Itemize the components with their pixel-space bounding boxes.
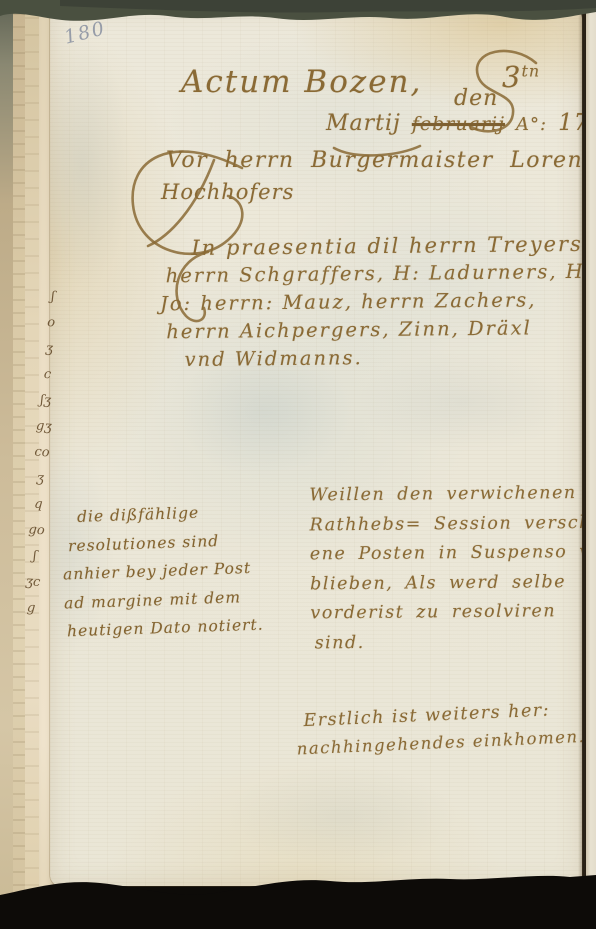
manuscript-line: o: [34, 309, 68, 337]
next-page-edge: [586, 4, 596, 886]
day-suffix: tn: [521, 61, 540, 80]
manuscript-line: Rathhebs= Session verschid=: [309, 508, 582, 540]
heading-date-line: Martij februarij A°: 1712: [326, 110, 582, 136]
manuscript-line: co: [25, 439, 59, 467]
black-backdrop: [0, 849, 596, 929]
manuscript-line: In praesentia dil herrn Treyers: [191, 230, 582, 262]
manuscript-line: ʃʒ: [29, 387, 63, 415]
resolution-paragraph: Weillen den verwichenenRathhebs= Session…: [309, 479, 582, 659]
manuscript-line: g: [14, 595, 48, 623]
manuscript-line: c: [31, 361, 65, 389]
day-number: 3: [502, 60, 521, 94]
book-top-edge: [0, 0, 596, 34]
anno-abbreviation: A°:: [516, 114, 547, 135]
manuscript-line: herrn Schgraffers, H: Ladurners, H:: [166, 258, 582, 290]
closing-paragraph: Erstlich ist weiters her:nachhingehendes…: [303, 696, 582, 762]
manuscript-line: ʒ: [32, 335, 66, 363]
manuscript-page: 180 Actum Bozen, den 3tn Martij februari…: [50, 6, 582, 886]
manuscript-line: q: [22, 491, 56, 519]
heading-actum: Actum Bozen,: [181, 64, 422, 100]
heading-day: 3tn: [502, 60, 540, 94]
margin-note-paragraph: die dißfähligeresolutiones sindanhier be…: [61, 497, 265, 646]
presider-line: Vor herrn Burgermaister Lorenzen: [166, 148, 582, 173]
manuscript-line: vnd Widmanns.: [184, 342, 582, 374]
manuscript-line: ʒc: [16, 569, 50, 597]
presence-paragraph: In praesentia dil herrn Treyersherrn Sch…: [165, 230, 582, 374]
manuscript-line: vorderist zu resolviren: [310, 597, 582, 629]
manuscript-line: gʒ: [27, 413, 61, 441]
manuscript-line: ʃ: [18, 543, 52, 571]
manuscript-line: ʒ: [23, 465, 57, 493]
heading-den: den: [454, 86, 498, 111]
manuscript-line: herrn Aichpergers, Zinn, Dräxl: [166, 314, 582, 346]
struck-month-word: februarij: [412, 113, 505, 135]
manuscript-line: blieben, Als werd selbe: [310, 567, 582, 599]
manuscript-line: ʃ: [36, 283, 70, 311]
manuscript-line: Jo: herrn: Mauz, herrn Zachers,: [160, 286, 582, 319]
manuscript-photo: ʃoʒcʃʒgʒcoʒqgoʃʒcg 180 Actum Bozen, den …: [0, 0, 596, 929]
manuscript-line: ene Posten in Suspenso ver=: [310, 538, 582, 570]
manuscript-line: go: [20, 517, 54, 545]
manuscript-line: sind.: [315, 626, 582, 658]
month-word: Martij: [326, 111, 401, 136]
presider-line: Hochhofers: [161, 180, 294, 204]
manuscript-line: heutigen Dato notiert.: [67, 611, 265, 646]
manuscript-line: Weillen den verwichenen: [309, 479, 582, 511]
